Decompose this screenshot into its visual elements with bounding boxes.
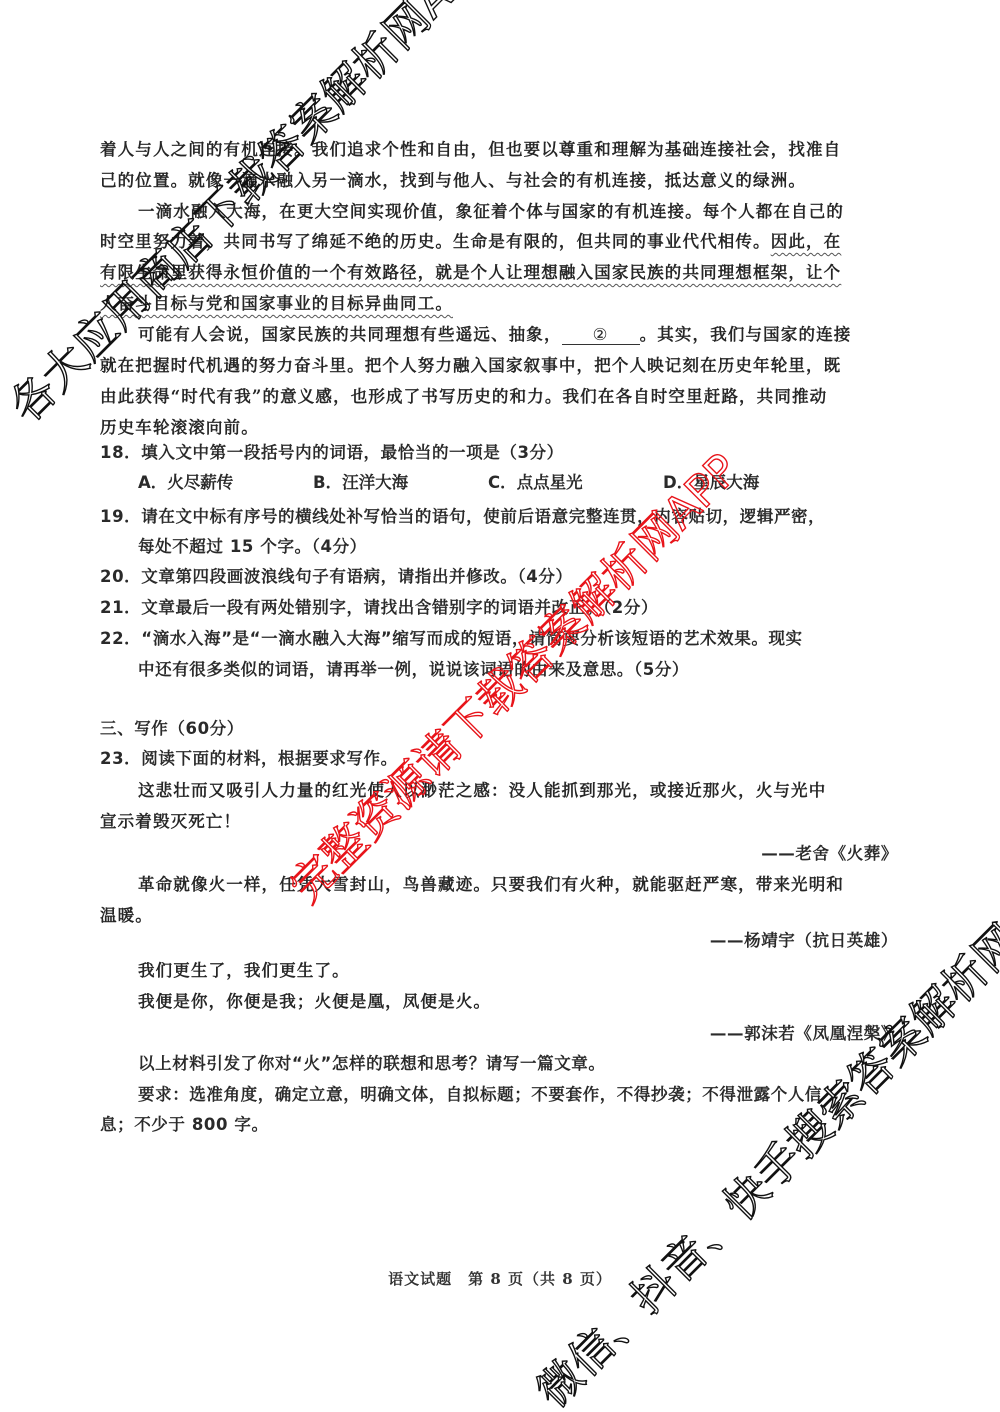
wavy-underlined-sentence: 有限生命里获得永恒价值的一个有效路径，就是个人让理想融入国家民族的共同理想框架，… [100,263,841,282]
writing-requirements-line2: 息；不少于 800 字。 [100,1114,910,1136]
material-1-line2: 宣示着毁灭死亡！ [100,811,910,833]
passage-p2-line2-text: 时空里努力着，共同书写了绵延不绝的历史。生命是有限的，但共同的事业代代相传。 [100,232,771,251]
material-3-source: ——郭沫若《凤凰涅槃》 [710,1023,898,1045]
passage-p3-line4: 历史车轮滚滚向前。 [100,417,910,439]
watermark-bottom-right: 微信、抖音、快手搜索答案解析网 [520,907,1000,1412]
material-1-line1: 这悲壮而又吸引人力量的红光使人以渺茫之感：没人能抓到那光，或接近那火，火与光中 [138,780,910,802]
question-19-line2: 每处不超过 15 个字。（4分） [138,536,948,558]
exam-page: 着人与人之间的有机连接。我们追求个性和自由，但也要以尊重和理解为基础连接社会，找… [0,0,1000,1412]
passage-p1-line1: 着人与人之间的有机连接。我们追求个性和自由，但也要以尊重和理解为基础连接社会，找… [100,139,910,161]
option-d: D．星辰大海 [663,472,838,494]
passage-p1-line2: 己的位置。就像一滴水融入另一滴水，找到与他人、与社会的有机连接，抵达意义的绿洲。 [100,170,910,192]
option-a: A．火尽薪传 [138,472,313,494]
question-18-options: A．火尽薪传 B．汪洋大海 C．点点星光 D．星辰大海 [138,472,838,494]
question-21: 21．文章最后一段有两处错别字，请找出含错别字的词语并改正。（2分） [100,597,910,619]
page-footer: 语文试题 第 8 页（共 8 页） [0,1268,1000,1289]
material-2-line1: 革命就像火一样，任凭大雪封山，鸟兽藏迹。只要我们有火种，就能驱赶严寒，带来光明和 [138,874,910,896]
passage-p3-text-b: 。其实，我们与国家的连接 [640,325,852,344]
material-2-source: ——杨靖宇（抗日英雄） [710,930,898,952]
passage-p3-line3: 由此获得“时代有我”的意义感，也形成了书写历史的和力。我们在各自时空里赶路，共同… [100,386,910,408]
passage-p2-line4: 人奋斗目标与党和国家事业的目标异曲同工。 [100,293,910,315]
question-23: 23．阅读下面的材料，根据要求写作。 [100,748,910,770]
option-b: B．汪洋大海 [313,472,488,494]
fill-blank-2: ② [562,326,640,345]
section-title-writing: 三、写作（60分） [100,718,910,740]
question-20: 20．文章第四段画波浪线句子有语病，请指出并修改。（4分） [100,566,910,588]
passage-p2-line1: 一滴水融入大海，在更大空间实现价值，象征着个体与国家的有机连接。每个人都在自己的 [138,201,910,223]
writing-requirements-line1: 要求：选准角度，确定立意，明确文体，自拟标题；不要套作，不得抄袭；不得泄露个人信 [138,1084,910,1106]
passage-p3-line2: 就在把握时代机遇的努力奋斗里。把个人努力融入国家叙事中，把个人映记刻在历史年轮里… [100,355,910,377]
question-19-line1: 19．请在文中标有序号的横线处补写恰当的语句，使前后语意完整连贯，内容贴切，逻辑… [100,506,910,528]
wavy-underlined-sentence-start: 因此，在 [771,232,842,251]
passage-p2-line3: 有限生命里获得永恒价值的一个有效路径，就是个人让理想融入国家民族的共同理想框架，… [100,262,910,284]
passage-p3-line1: 可能有人会说，国家民族的共同理想有些遥远、抽象，②。其实，我们与国家的连接 [138,324,910,346]
passage-p2-line2: 时空里努力着，共同书写了绵延不绝的历史。生命是有限的，但共同的事业代代相传。因此… [100,231,910,253]
question-18: 18．填入文中第一段括号内的词语，最恰当的一项是（3分） [100,442,910,464]
material-3-line2: 我便是你，你便是我；火便是凰，凤便是火。 [138,991,910,1013]
question-22-line1: 22．“滴水入海”是“一滴水融入大海”缩写而成的短语，请简要分析该短语的艺术效果… [100,628,910,650]
writing-prompt: 以上材料引发了你对“火”怎样的联想和思考？请写一篇文章。 [138,1053,948,1075]
question-22-line2: 中还有很多类似的词语，请再举一例，说说该词语的由来及意思。（5分） [138,659,948,681]
material-2-line2: 温暖。 [100,905,910,927]
passage-p3-text-a: 可能有人会说，国家民族的共同理想有些遥远、抽象， [138,325,562,344]
material-3-line1: 我们更生了，我们更生了。 [138,960,910,982]
wavy-underlined-sentence-end: 人奋斗目标与党和国家事业的目标异曲同工。 [100,294,453,313]
option-c: C．点点星光 [488,472,663,494]
material-1-source: ——老舍《火葬》 [761,843,898,865]
